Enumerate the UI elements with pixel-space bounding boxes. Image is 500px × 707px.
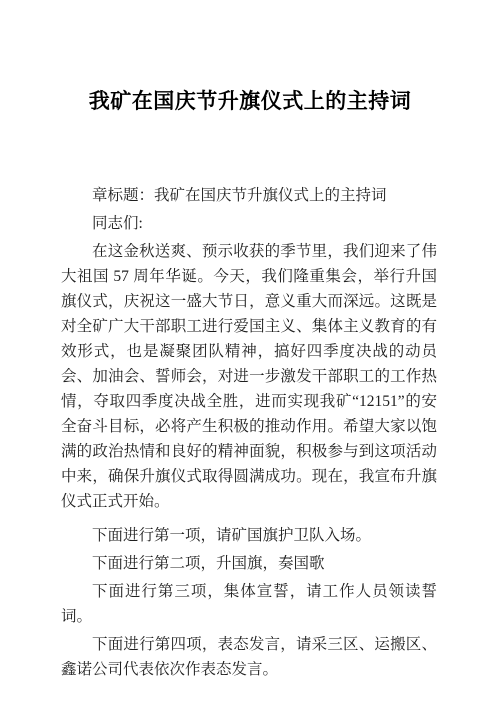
document-page: 我矿在国庆节升旗仪式上的主持词 章标题：我矿在国庆节升旗仪式上的主持词同志们:在… — [0, 0, 500, 707]
paragraph: 下面进行第三项，集体宣誓，请工作人员领读誓词。 — [61, 579, 437, 629]
document-body: 章标题：我矿在国庆节升旗仪式上的主持词同志们:在这金秋送爽、预示收获的季节里，我… — [61, 183, 437, 682]
paragraph: 下面进行第一项，请矿国旗护卫队入场。 — [61, 523, 437, 548]
paragraph: 在这金秋送爽、预示收获的季节里，我们迎来了伟大祖国 57 周年华诞。今天，我们隆… — [61, 239, 437, 514]
paragraph: 章标题：我矿在国庆节升旗仪式上的主持词 — [61, 183, 437, 208]
document-title: 我矿在国庆节升旗仪式上的主持词 — [40, 86, 460, 116]
paragraph: 下面进行第四项，表态发言，请采三区、运搬区、鑫诺公司代表依次作表态发言。 — [61, 632, 437, 682]
paragraph: 同志们: — [61, 211, 437, 236]
paragraph: 下面进行第二项，升国旗，奏国歌 — [61, 551, 437, 576]
